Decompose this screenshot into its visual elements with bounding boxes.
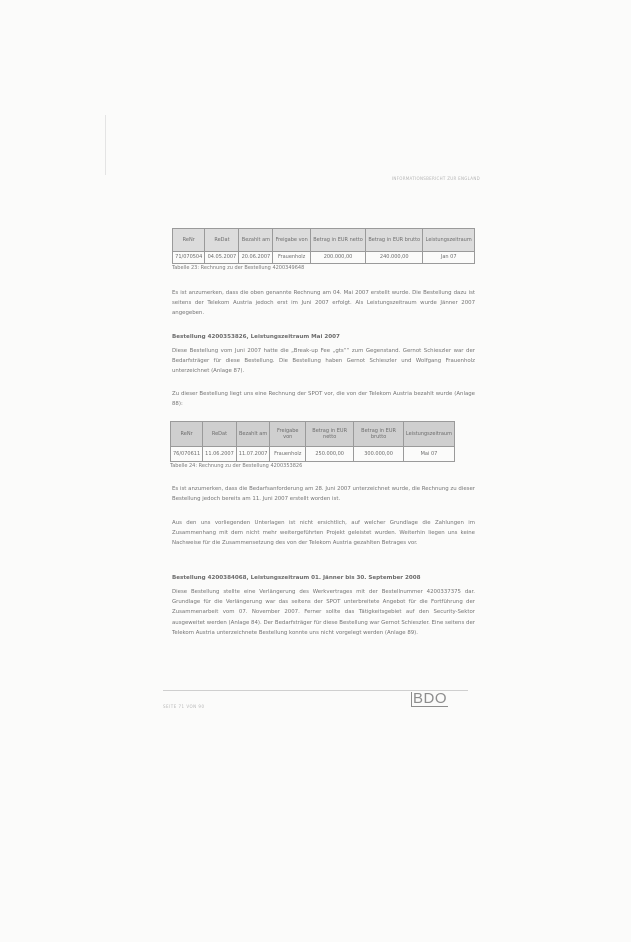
cell-bezahlt-am: 11.07.2007	[236, 447, 270, 462]
col-leistungszeitraum: Leistungszeitraum	[403, 422, 454, 447]
col-betrag-brutto: Betrag in EUR brutto	[354, 422, 404, 447]
col-bezahlt-am: Bezahlt am	[236, 422, 270, 447]
footer-page-info: SEITE 71 VON 90	[163, 704, 205, 709]
scan-margin-mark	[105, 115, 106, 175]
table-caption: Tabelle 23: Rechnung zu der Bestellung 4…	[172, 265, 475, 271]
col-leistungszeitraum: Leistungszeitraum	[423, 229, 475, 252]
col-freigabe-von: Freigabe von	[270, 422, 306, 447]
col-bezahlt-am: Bezahlt am	[239, 229, 273, 252]
paragraph: Es ist anzumerken, dass die oben genannt…	[172, 288, 475, 319]
invoice-table-23: ReNr ReDat Bezahlt am Freigabe von Betra…	[172, 228, 475, 264]
col-renr: ReNr	[171, 422, 203, 447]
bdo-logo: BDO	[411, 692, 448, 707]
col-redat: ReDat	[203, 422, 237, 447]
cell-redat: 04.05.2007	[205, 252, 239, 264]
cell-renr: 76/070611	[171, 447, 203, 462]
cell-freigabe-von: Frauenholz	[273, 252, 311, 264]
table-header-row: ReNr ReDat Bezahlt am Freigabe von Betra…	[171, 422, 455, 447]
table-row: 76/070611 11.06.2007 11.07.2007 Frauenho…	[171, 447, 455, 462]
table1-block: ReNr ReDat Bezahlt am Freigabe von Betra…	[172, 228, 475, 271]
paragraph: Zu dieser Bestellung liegt uns eine Rech…	[172, 389, 475, 409]
cell-betrag-netto: 200.000,00	[310, 252, 365, 264]
running-header: INFORMATIONSBERICHT ZUR ENGLAND	[368, 176, 480, 181]
col-betrag-netto: Betrag in EUR netto	[306, 422, 354, 447]
cell-betrag-brutto: 300.000,00	[354, 447, 404, 462]
table-row: 71/070504 04.05.2007 20.06.2007 Frauenho…	[173, 252, 475, 264]
paragraph: Diese Bestellung vom Juni 2007 hatte die…	[172, 346, 475, 377]
col-freigabe-von: Freigabe von	[273, 229, 311, 252]
table-header-row: ReNr ReDat Bezahlt am Freigabe von Betra…	[173, 229, 475, 252]
col-redat: ReDat	[205, 229, 239, 252]
cell-freigabe-von: Frauenholz	[270, 447, 306, 462]
cell-betrag-brutto: 240.000,00	[366, 252, 423, 264]
section-heading: Bestellung 4200384068, Leistungszeitraum…	[172, 575, 475, 581]
table2-block: ReNr ReDat Bezahlt am Freigabe von Betra…	[170, 421, 455, 469]
cell-redat: 11.06.2007	[203, 447, 237, 462]
scanned-document-page: INFORMATIONSBERICHT ZUR ENGLAND ReNr ReD…	[0, 0, 631, 942]
paragraph: Diese Bestellung stellte eine Verlängeru…	[172, 587, 475, 638]
section-heading: Bestellung 4200353826, Leistungszeitraum…	[172, 334, 475, 340]
col-renr: ReNr	[173, 229, 205, 252]
cell-bezahlt-am: 20.06.2007	[239, 252, 273, 264]
cell-leistungszeitraum: Jan 07	[423, 252, 475, 264]
paragraph: Es ist anzumerken, dass die Bedarfsanfor…	[172, 484, 475, 504]
cell-renr: 71/070504	[173, 252, 205, 264]
cell-leistungszeitraum: Mai 07	[403, 447, 454, 462]
col-betrag-brutto: Betrag in EUR brutto	[366, 229, 423, 252]
table-caption: Tabelle 24: Rechnung zu der Bestellung 4…	[170, 463, 455, 469]
col-betrag-netto: Betrag in EUR netto	[310, 229, 365, 252]
cell-betrag-netto: 250.000,00	[306, 447, 354, 462]
invoice-table-24: ReNr ReDat Bezahlt am Freigabe von Betra…	[170, 421, 455, 462]
paragraph: Aus den uns vorliegenden Unterlagen ist …	[172, 518, 475, 549]
